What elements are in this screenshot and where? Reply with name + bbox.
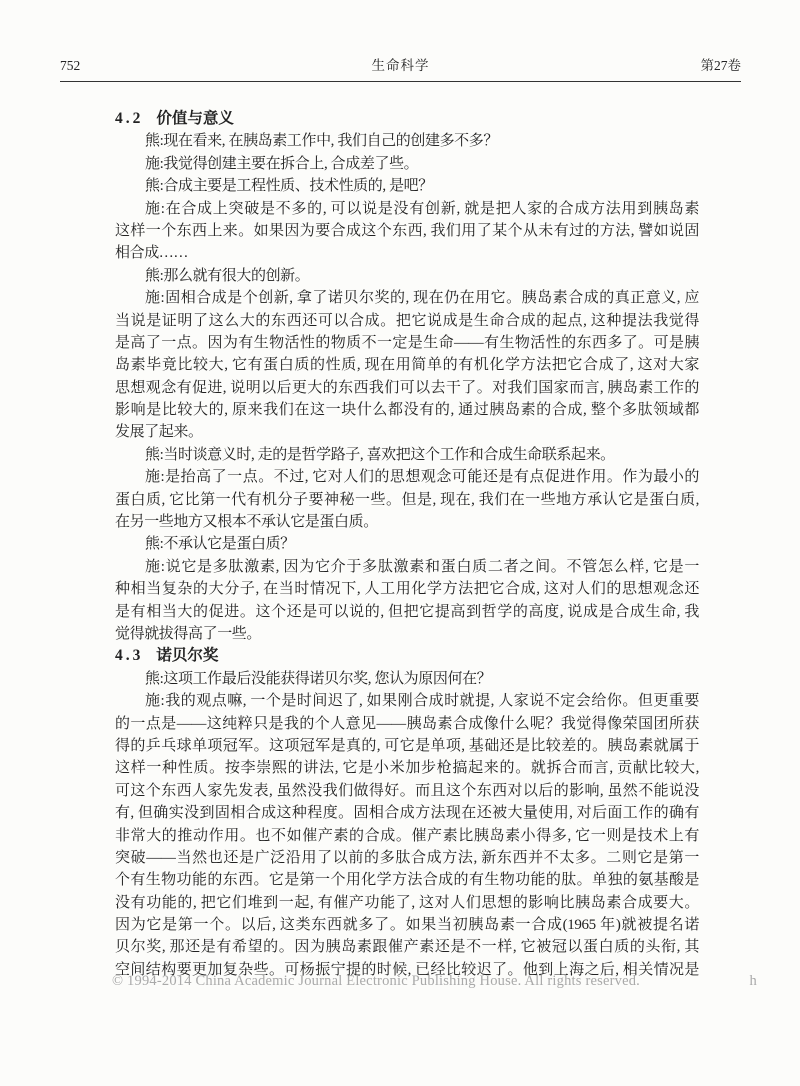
page-number: 752 [60,58,80,74]
text-line: 施:是抬高了一点。不过, 它对人们的思想观念可能还是有点促进作用。作为最小的 [115,466,699,488]
text-line: 有, 但确实没到固相合成这种程度。固相合成方法现在还被大量使用, 对后面工作的确… [115,802,699,824]
text-line: 施:在合成上突破是不多的, 可以说是没有创新, 就是把人家的合成方法用到胰岛素 [115,198,699,220]
text-line: 突破——当然也还是广泛沿用了以前的多肽合成方法, 新东西并不太多。二则它是第一 [115,847,699,869]
text-line: 影响是比较大的, 原来我们在这一块什么都没有的, 通过胰岛素的合成, 整个多肽领… [115,399,699,421]
text-line: 觉得就拔得高了一些。 [115,623,699,645]
text-line: 熊:合成主要是工程性质、技术性质的, 是吧？ [115,175,699,197]
watermark-suffix: h [750,971,757,991]
text-line: 的一点是——这纯粹只是我的个人意见——胰岛素合成像什么呢？我觉得像荣国团所获 [115,713,699,735]
text-line: 在另一些地方又根本不承认它是蛋白质。 [115,511,699,533]
section-title: 诺贝尔奖 [156,647,218,664]
watermark-text: © 1994-2014 China Academic Journal Elect… [112,971,640,991]
text-line: 熊:当时谈意义时, 走的是哲学路子, 喜欢把这个工作和合成生命联系起来。 [115,444,699,466]
text-line: 思想观念有促进, 说明以后更大的东西我们可以去干了。对我们国家而言, 胰岛素工作… [115,377,699,399]
text-line: 熊:那么就有很大的创新。 [115,265,699,287]
section-number: 4.2 [115,110,143,127]
text-line: 是有相当大的促进。这个还是可以说的, 但把它提高到哲学的高度, 说成是合成生命,… [115,601,699,623]
text-line: 岛素毕竟比较大, 它有蛋白质的性质, 现在用简单的有机化学方法把它合成了, 这对… [115,354,699,376]
text-line: 可这个东西人家先发表, 虽然没我们做得好。而且这个东西对以后的影响, 虽然不能说… [115,780,699,802]
text-line: 发展了起来。 [115,421,699,443]
section-heading: 4.3诺贝尔奖 [115,645,699,667]
text-line: 熊:现在看来, 在胰岛素工作中, 我们自己的创建多不多？ [115,130,699,152]
journal-title: 生命科学 [372,54,430,74]
text-line: 因为它是第一个。以后, 这类东西就多了。如果当初胰岛素一合成(1965 年)就被… [115,914,699,936]
text-line: 施:我觉得创建主要在拆合上, 合成差了些。 [115,153,699,175]
text-line: 是高了一点。因为有生物活性的物质不一定是生命——有生物活性的东西多了。可是胰 [115,332,699,354]
text-line: 熊:不承认它是蛋白质？ [115,533,699,555]
text-line: 施:固相合成是个创新, 拿了诺贝尔奖的, 现在仍在用它。胰岛素合成的真正意义, … [115,287,699,309]
volume-label: 第27卷 [701,54,742,74]
page-header: 752 生命科学 第27卷 [60,54,741,82]
journal-page: 752 生命科学 第27卷 4.2价值与意义熊:现在看来, 在胰岛素工作中, 我… [0,0,800,1086]
text-line: 当说是证明了这么大的东西还可以合成。把它说成是生命合成的起点, 这种提法我觉得 [115,310,699,332]
text-line: 个有生物功能的东西。它是第一个用化学方法合成的有生物功能的肽。单独的氨基酸是 [115,869,699,891]
text-line: 这样一种性质。按李崇熙的讲法, 它是小米加步枪搞起来的。就拆合而言, 贡献比较大… [115,757,699,779]
text-line: 施:我的观点嘛, 一个是时间迟了, 如果刚合成时就提, 人家说不定会给你。但更重… [115,690,699,712]
text-line: 相合成…… [115,242,699,264]
section-heading: 4.2价值与意义 [115,108,699,130]
section-number: 4.3 [115,647,143,664]
text-line: 蛋白质, 它比第一代有机分子要神秘一些。但是, 现在, 我们在一些地方承认它是蛋… [115,489,699,511]
text-line: 非常大的推动作用。也不如催产素的合成。催产素比胰岛素小得多, 它一则是技术上有 [115,825,699,847]
text-line: 施:说它是多肽激素, 因为它介于多肽激素和蛋白质二者之间。不管怎么样, 它是一 [115,556,699,578]
text-line: 贝尔奖, 那还是有希望的。因为胰岛素跟催产素还是不一样, 它被冠以蛋白质的头衔,… [115,936,699,958]
text-line: 得的乒乓球单项冠军。这项冠军是真的, 可它是单项, 基础还是比较差的。胰岛素就属… [115,735,699,757]
article-body: 4.2价值与意义熊:现在看来, 在胰岛素工作中, 我们自己的创建多不多？施:我觉… [115,108,699,981]
copyright-watermark: © 1994-2014 China Academic Journal Elect… [112,971,757,991]
text-line: 这样一个东西上来。如果因为要合成这个东西, 我们用了某个从未有过的方法, 譬如说… [115,220,699,242]
section-title: 价值与意义 [156,110,234,127]
text-line: 熊:这项工作最后没能获得诺贝尔奖, 您认为原因何在？ [115,668,699,690]
text-line: 种相当复杂的大分子, 在当时情况下, 人工用化学方法把它合成, 这对人们的思想观… [115,578,699,600]
text-line: 没有功能的, 把它们堆到一起, 有催产功能了, 这对人们思想的影响比胰岛素合成要… [115,892,699,914]
